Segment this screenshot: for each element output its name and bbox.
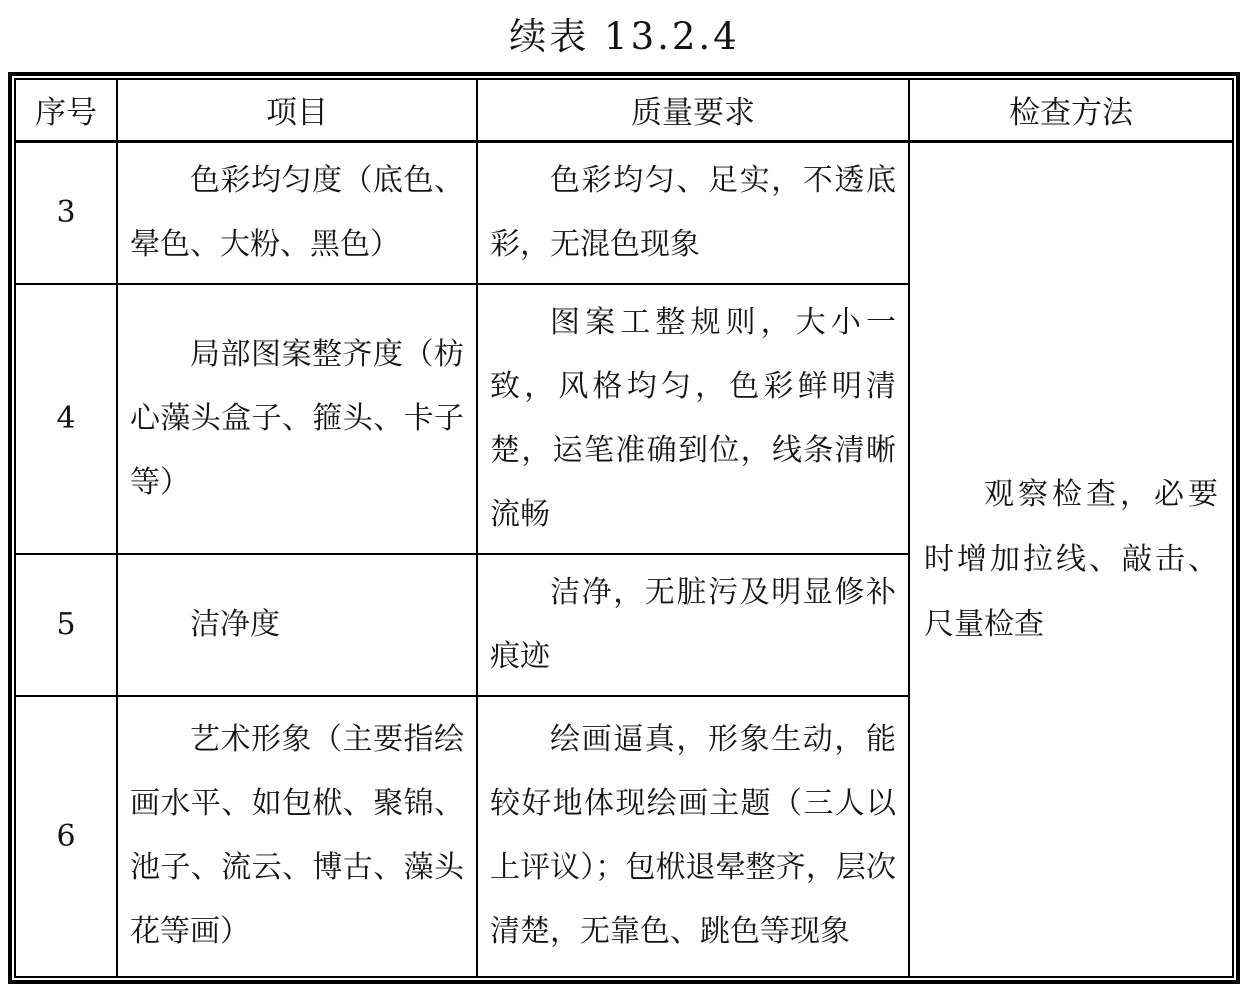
row4-requirement: 图案工整规则，大小一致，风格均匀，色彩鲜明清楚，运笔准确到位，线条清晰流畅 — [477, 284, 909, 554]
row3-serial-number: 3 — [15, 141, 117, 284]
row4-item: 局部图案整齐度（枋心藻头盒子、箍头、卡子等） — [117, 284, 477, 554]
header-row: 序号 项目 质量要求 检查方法 — [15, 79, 1233, 141]
row6-requirement: 绘画逼真，形象生动，能较好地体现绘画主题（三人以上评议）；包栿退晕整齐，层次清楚… — [477, 696, 909, 978]
header-inspection-method: 检查方法 — [909, 79, 1233, 141]
row5-serial-number: 5 — [15, 554, 117, 696]
row6-item: 艺术形象（主要指绘画水平、如包栿、聚锦、池子、流云、博古、藻头花等画） — [117, 696, 477, 978]
row3-item: 色彩均匀度（底色、晕色、大粉、黑色） — [117, 141, 477, 284]
row5-requirement: 洁净，无脏污及明显修补痕迹 — [477, 554, 909, 696]
table-title: 续表 13.2.4 — [0, 6, 1249, 60]
header-serial-number: 序号 — [15, 79, 117, 141]
row6-serial-number: 6 — [15, 696, 117, 978]
row3-requirement: 色彩均匀、足实，不透底彩，无混色现象 — [477, 141, 909, 284]
row4-serial-number: 4 — [15, 284, 117, 554]
row5-item: 洁净度 — [117, 554, 477, 696]
quality-requirements-table: 序号 项目 质量要求 检查方法 3 色彩均匀度（底色、晕色、大粉、黑色） 色彩均… — [14, 78, 1234, 978]
table-row: 3 色彩均匀度（底色、晕色、大粉、黑色） 色彩均匀、足实，不透底彩，无混色现象 … — [15, 141, 1233, 284]
header-quality-requirement: 质量要求 — [477, 79, 909, 141]
document-page: 续表 13.2.4 序号 项目 质量要求 检查方法 3 色彩均匀度（底色、晕色、… — [0, 0, 1249, 988]
table-outer-frame: 序号 项目 质量要求 检查方法 3 色彩均匀度（底色、晕色、大粉、黑色） 色彩均… — [8, 72, 1240, 984]
header-item: 项目 — [117, 79, 477, 141]
inspection-method-cell: 观察检查，必要时增加拉线、敲击、尺量检查 — [909, 141, 1233, 977]
